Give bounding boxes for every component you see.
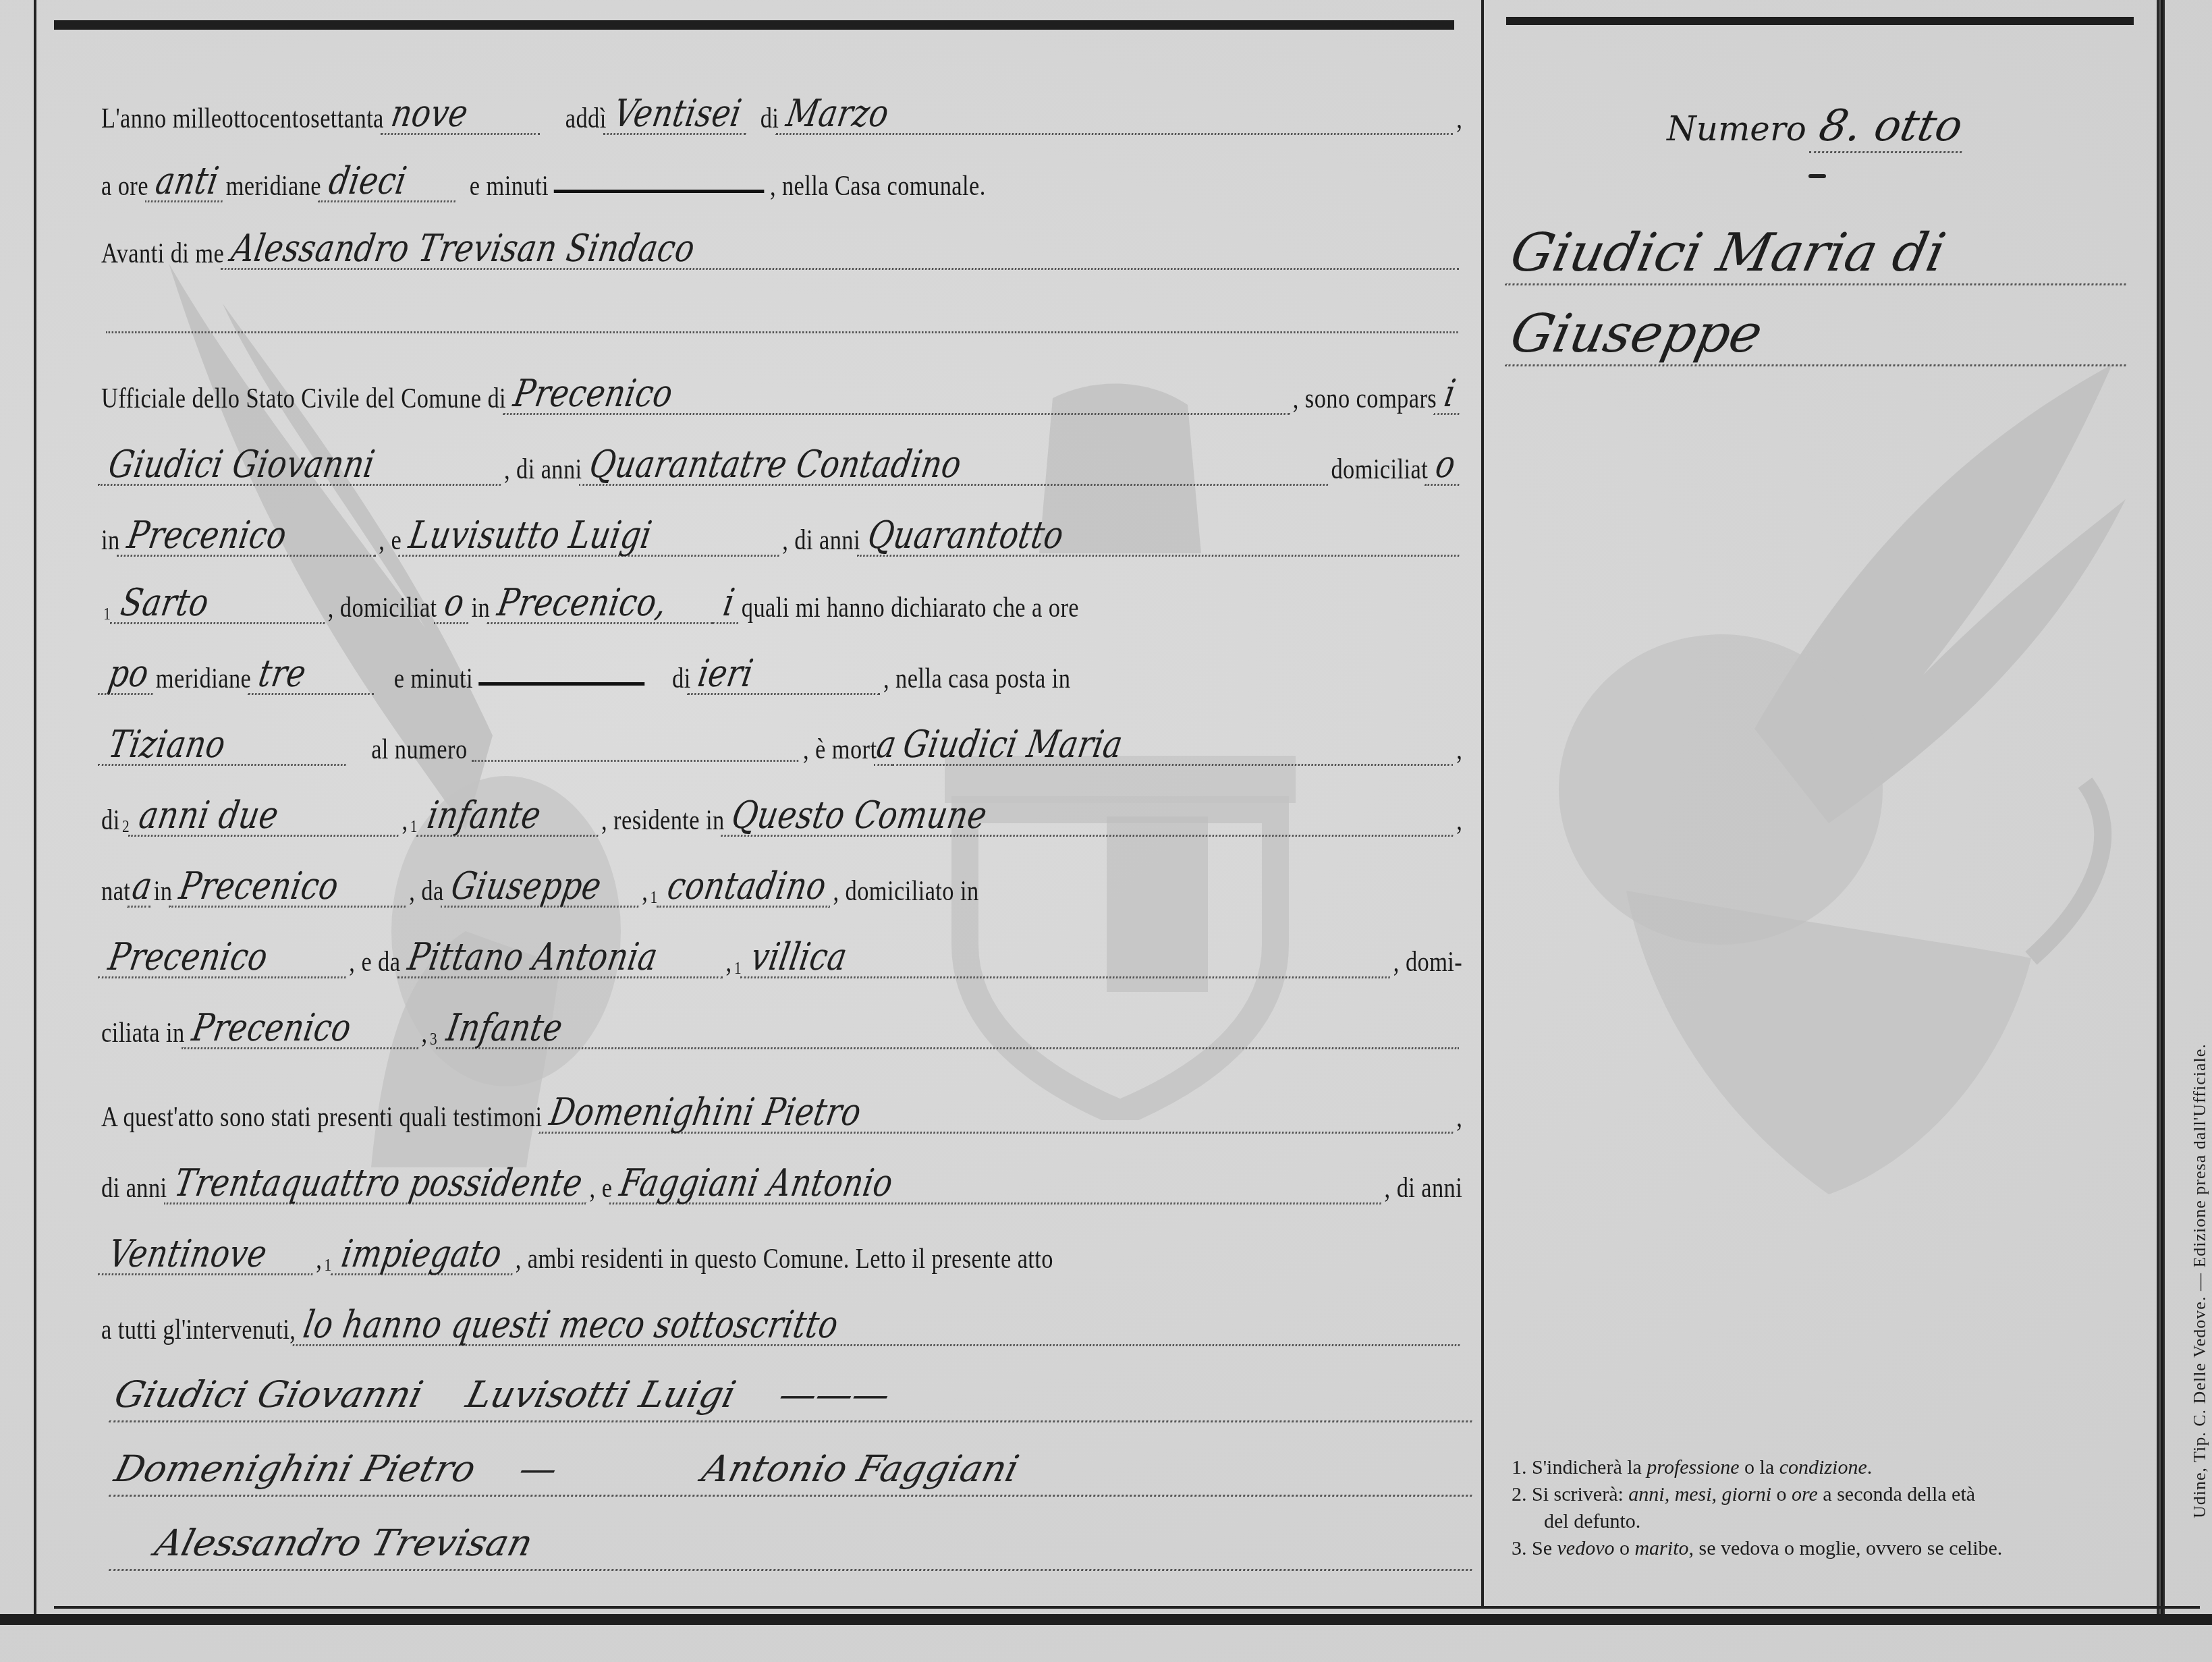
handwritten-officer-name: Alessandro Trevisan Sindaco [221, 230, 1466, 270]
footnote-3: 3. Se vedovo o marito, se vedova o mogli… [1512, 1535, 2159, 1562]
form-line-birthplace: nat a in Precenico , da Giuseppe , 1 con… [101, 860, 1462, 908]
record-number: Numero 8. otto [1667, 101, 1967, 153]
form-line-reading: a tutti gl'intervenuti, lo hanno questi … [101, 1299, 1462, 1346]
top-rule-main [54, 20, 1454, 30]
form-line-officer: Avanti di me Alessandro Trevisan Sindaco [101, 223, 1462, 270]
form-line-mother: Precenico , e da Pittano Antonia , 1 vil… [101, 931, 1462, 978]
handwritten-year: nove [381, 95, 547, 135]
form-line-witness-2: di anni Trentaquattro possidente , e Fag… [101, 1157, 1462, 1204]
form-line-declarant-1: Giudici Giovanni , di anni Quarantatre C… [101, 439, 1462, 486]
record-number-value: 8. otto [1809, 101, 1972, 153]
margin-name-line-1: Giudici Maria di [1505, 223, 2139, 285]
handwritten-deceased-name: Giudici Maria [892, 726, 1460, 766]
handwritten-month: Marzo [775, 95, 1460, 135]
signature-witness-1: Domenighini Pietro [110, 1447, 480, 1490]
handwritten-declarant-2: Luvisutto Luigi [398, 517, 785, 557]
ornament-divider-icon [1808, 174, 1826, 178]
handwritten-hour: dieci [318, 163, 462, 202]
form-line-year: L'anno milleottocentosettanta nove addì … [101, 88, 1462, 135]
watermark-right-lion-icon [1451, 351, 2180, 1262]
left-border-line [34, 0, 36, 1619]
margin-name-line-2: Giuseppe [1505, 304, 2139, 366]
bottom-thin-rule [54, 1606, 2200, 1609]
minutes-dash [554, 190, 765, 193]
form-line-deceased: Tiziano al numero , è mort a Giudici Mar… [101, 719, 1462, 766]
form-line-death-time: po meridiane tre e minuti di ieri , nell… [101, 648, 1462, 695]
form-line-witness-1: A quest'atto sono stati presenti quali t… [101, 1086, 1462, 1134]
signature-line-1: Giudici Giovanni Luvisotti Luigi ——— [109, 1373, 1484, 1422]
handwritten-day: Ventisei [603, 95, 753, 135]
handwritten-father: Giuseppe [440, 868, 645, 908]
signature-witness-2: Antonio Faggiani [698, 1447, 1023, 1490]
form-line-time: a ore anti meridiane dieci e minuti , ne… [101, 155, 1462, 202]
signature-officer: Alessandro Trevisan [150, 1522, 537, 1564]
footnote-1: 1. S'indicherà la professione o la condi… [1512, 1454, 2159, 1481]
form-line-age: di 2 anni due , 1 infante , residente in… [101, 790, 1462, 837]
signature-line-2: Domenighini Pietro — Antonio Faggiani [109, 1447, 1484, 1497]
form-line-comune: Ufficiale dello Stato Civile del Comune … [101, 368, 1462, 415]
right-decorative-border [2157, 0, 2165, 1619]
handwritten-mother: Pittano Antonia [397, 939, 729, 978]
footnote-2: 2. Si scriverà: anni, mesi, giorni o ore… [1512, 1481, 2159, 1508]
document-page: L'anno milleottocentosettanta nove addì … [0, 0, 2212, 1662]
top-rule-right [1506, 17, 2134, 25]
handwritten-witness-1: Domenighini Pietro [538, 1094, 1460, 1134]
signature-declarant-2: Luvisotti Luigi [462, 1373, 740, 1416]
form-line-blank [101, 290, 1462, 337]
form-line-declarant-2: in Precenico , e Luvisutto Luigi , di an… [101, 509, 1462, 557]
column-divider-line [1481, 0, 1484, 1606]
printer-imprint: Udine, Tip. C. Delle Vedove. — Edizione … [2190, 1043, 2210, 1518]
footnotes: 1. S'indicherà la professione o la condi… [1512, 1454, 2159, 1562]
handwritten-comune: Precenico [503, 375, 1296, 415]
handwritten-age: anni due [128, 797, 405, 837]
signature-line-3: Alessandro Trevisan [109, 1522, 1484, 1571]
form-line-mother-domicile: ciliata in Precenico , 3 Infante [101, 1002, 1462, 1049]
handwritten-declarant-1: Giudici Giovanni [98, 446, 507, 486]
form-line-witness-2-profession: Ventinove , 1 impiegato , ambi residenti… [101, 1228, 1462, 1275]
form-line-declarant-2-profession: 1 Sarto , domiciliat o in Precenico, i q… [101, 577, 1462, 624]
signature-declarant-1: Giudici Giovanni [110, 1373, 427, 1416]
bottom-thick-rule [0, 1614, 2212, 1625]
handwritten-witness-2: Faggiani Antonio [609, 1165, 1388, 1204]
